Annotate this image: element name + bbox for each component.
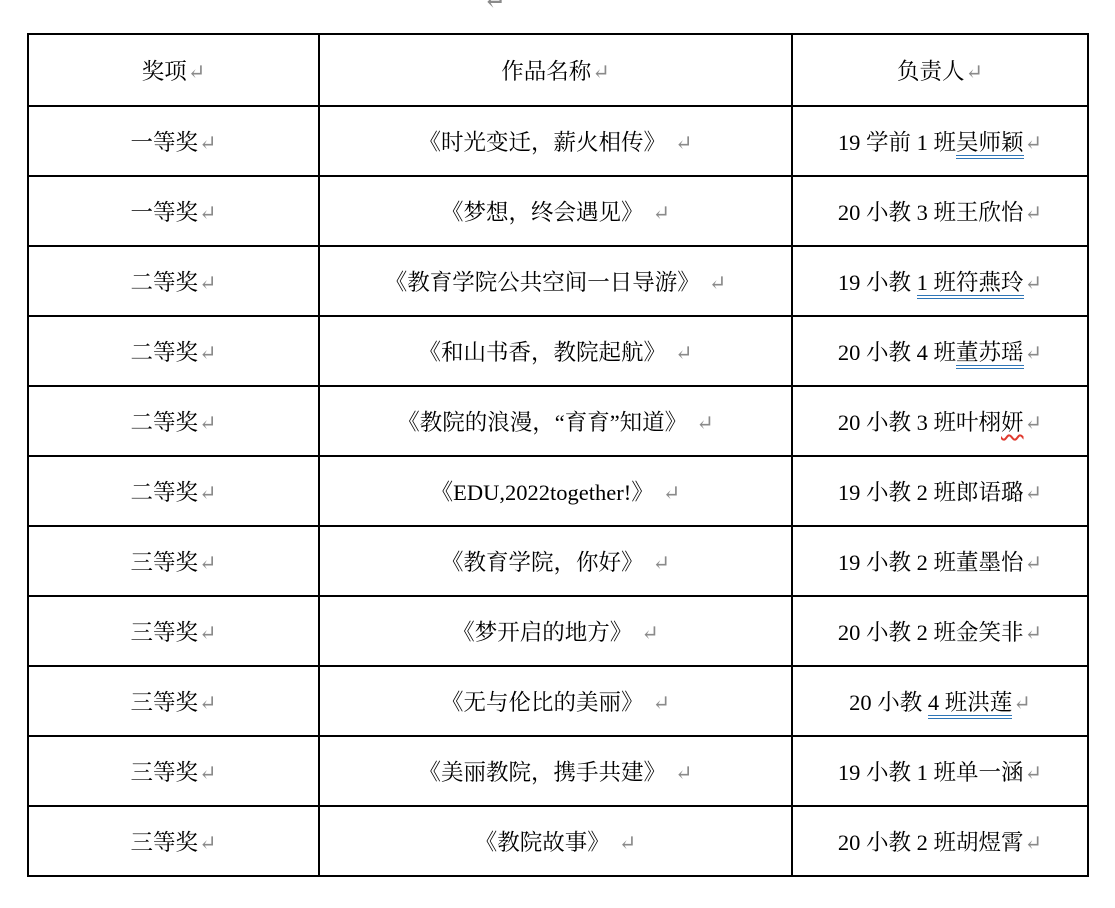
- return-mark-icon: ↵: [1025, 481, 1043, 505]
- return-mark-icon: ↵: [1025, 271, 1043, 295]
- return-mark-icon: ↵: [709, 271, 727, 295]
- table-row: 二等奖↵ 《教育学院公共空间一日导游》↵ 19 小教 1 班符燕玲↵: [28, 246, 1088, 316]
- return-mark-icon: ↵: [652, 201, 670, 225]
- award-cell[interactable]: 三等奖↵: [28, 736, 319, 806]
- title-text: 《教育学院公共空间一日导游》: [385, 270, 700, 295]
- title-cell[interactable]: 《教院的浪漫，“育育”知道》↵: [319, 386, 792, 456]
- header-label-award: 奖项: [142, 59, 187, 84]
- award-text: 三等奖: [130, 620, 198, 645]
- return-mark-icon: ↵: [199, 761, 217, 785]
- return-mark-icon: ↵: [199, 481, 217, 505]
- return-mark-icon: ↵: [188, 60, 206, 84]
- return-mark-icon: ↵: [1025, 551, 1043, 575]
- return-mark-icon: ↵: [199, 411, 217, 435]
- leader-text: 20 小教 4 班洪莲: [849, 690, 1012, 719]
- blue-double-underlined-text: 吴师颖: [956, 130, 1024, 159]
- leader-text: 20 小教 2 班金笑非: [838, 620, 1024, 645]
- award-cell[interactable]: 二等奖↵: [28, 246, 319, 316]
- return-mark-icon: ↵: [652, 551, 670, 575]
- award-cell[interactable]: 三等奖↵: [28, 526, 319, 596]
- leader-text-segment: 19 小教 2 班郎语璐: [838, 480, 1024, 505]
- title-cell[interactable]: 《无与伦比的美丽》↵: [319, 666, 792, 736]
- table-row: 一等奖↵ 《时光变迁，薪火相传》↵ 19 学前 1 班吴师颖↵: [28, 106, 1088, 176]
- leader-text-segment: 20 小教 3 班叶栩: [838, 410, 1001, 435]
- award-text: 三等奖: [130, 550, 198, 575]
- title-text: 《教院的浪漫，“育育”知道》: [397, 410, 687, 435]
- title-cell[interactable]: 《教育学院，你好》↵: [319, 526, 792, 596]
- blue-double-underlined-text: 董苏瑶: [956, 340, 1024, 369]
- return-mark-icon: ↵: [199, 831, 217, 855]
- award-text: 二等奖: [130, 270, 198, 295]
- award-cell[interactable]: 三等奖↵: [28, 666, 319, 736]
- header-cell-title[interactable]: 作品名称↵: [319, 34, 792, 106]
- leader-cell[interactable]: 20 小教 4 班洪莲↵: [792, 666, 1088, 736]
- return-mark-icon: ↵: [1025, 411, 1043, 435]
- title-cell[interactable]: 《教院故事》↵: [319, 806, 792, 876]
- leader-text-segment: 20 小教 4 班: [838, 340, 956, 365]
- title-text: 《EDU,2022together!》: [431, 480, 654, 505]
- leader-text-segment: 19 小教: [838, 270, 917, 295]
- award-text: 二等奖: [130, 480, 198, 505]
- return-mark-icon: ↵: [1013, 691, 1031, 715]
- return-mark-icon: ↵: [675, 341, 693, 365]
- return-mark-icon: ↵: [675, 761, 693, 785]
- title-text: 《梦想，终会遇见》: [441, 200, 644, 225]
- title-cell[interactable]: 《时光变迁，薪火相传》↵: [319, 106, 792, 176]
- table-row: 三等奖↵ 《无与伦比的美丽》↵ 20 小教 4 班洪莲↵: [28, 666, 1088, 736]
- return-mark-icon: ↵: [199, 201, 217, 225]
- return-mark-icon: ↵: [1025, 831, 1043, 855]
- header-row: 奖项↵ 作品名称↵ 负责人↵: [28, 34, 1088, 106]
- leader-text: 19 小教 1 班单一涵: [838, 760, 1024, 785]
- header-cell-award[interactable]: 奖项↵: [28, 34, 319, 106]
- blue-double-underlined-text: 4 班洪莲: [928, 690, 1012, 719]
- header-label-title: 作品名称: [501, 59, 591, 84]
- award-text: 二等奖: [130, 410, 198, 435]
- blue-double-underlined-text: 1 班符燕玲: [917, 270, 1024, 299]
- leader-cell[interactable]: 20 小教 3 班叶栩妍↵: [792, 386, 1088, 456]
- return-mark-icon: ↵: [199, 691, 217, 715]
- table-row: 二等奖↵ 《教院的浪漫，“育育”知道》↵ 20 小教 3 班叶栩妍↵: [28, 386, 1088, 456]
- leader-text-segment: 20 小教: [849, 690, 928, 715]
- return-mark-icon: ↵: [965, 60, 983, 84]
- title-cell[interactable]: 《梦想，终会遇见》↵: [319, 176, 792, 246]
- table-row: 一等奖↵ 《梦想，终会遇见》↵ 20 小教 3 班王欣怡↵: [28, 176, 1088, 246]
- header-cell-leader[interactable]: 负责人↵: [792, 34, 1088, 106]
- award-text: 一等奖: [130, 200, 198, 225]
- title-text: 《教育学院，你好》: [441, 550, 644, 575]
- award-text: 三等奖: [130, 690, 198, 715]
- return-mark-icon: ↵: [663, 481, 681, 505]
- table-row: 三等奖↵ 《教育学院，你好》↵ 19 小教 2 班董墨怡↵: [28, 526, 1088, 596]
- leader-text: 19 小教 2 班董墨怡: [838, 550, 1024, 575]
- title-text: 《梦开启的地方》: [452, 620, 632, 645]
- return-mark-icon: ↵: [1025, 621, 1043, 645]
- leader-text-segment: 20 小教 2 班金笑非: [838, 620, 1024, 645]
- leader-text-segment: 19 小教 2 班董墨怡: [838, 550, 1024, 575]
- return-mark-icon: ↵: [199, 621, 217, 645]
- leader-cell[interactable]: 20 小教 3 班王欣怡↵: [792, 176, 1088, 246]
- header-label-leader: 负责人: [897, 59, 965, 84]
- table-row: 三等奖↵ 《美丽教院，携手共建》↵ 19 小教 1 班单一涵↵: [28, 736, 1088, 806]
- leader-text-segment: 20 小教 3 班王欣怡: [838, 200, 1024, 225]
- table-row: 二等奖↵ 《EDU,2022together!》↵ 19 小教 2 班郎语璐↵: [28, 456, 1088, 526]
- award-cell[interactable]: 三等奖↵: [28, 806, 319, 876]
- leader-cell[interactable]: 19 学前 1 班吴师颖↵: [792, 106, 1088, 176]
- return-mark-icon: ↵: [199, 341, 217, 365]
- title-cell[interactable]: 《和山书香，教院起航》↵: [319, 316, 792, 386]
- leader-text-segment: 19 小教 1 班单一涵: [838, 760, 1024, 785]
- return-mark-icon: ↵: [199, 271, 217, 295]
- return-mark-icon: ↵: [652, 691, 670, 715]
- leader-text-segment: 20 小教 2 班胡煜霄: [838, 830, 1024, 855]
- leader-cell[interactable]: 19 小教 2 班郎语璐↵: [792, 456, 1088, 526]
- award-text: 三等奖: [130, 760, 198, 785]
- award-cell[interactable]: 二等奖↵: [28, 386, 319, 456]
- award-text: 三等奖: [130, 830, 198, 855]
- award-cell[interactable]: 三等奖↵: [28, 596, 319, 666]
- return-mark-icon: ↵: [199, 551, 217, 575]
- return-mark-icon: ↵: [199, 131, 217, 155]
- leader-text: 19 学前 1 班吴师颖: [838, 130, 1024, 159]
- leader-text: 20 小教 3 班叶栩妍: [838, 410, 1024, 435]
- return-mark-icon: ↵: [1025, 341, 1043, 365]
- award-text: 一等奖: [130, 130, 198, 155]
- award-cell[interactable]: 二等奖↵: [28, 316, 319, 386]
- leader-text: 19 小教 1 班符燕玲: [838, 270, 1024, 299]
- title-text: 《和山书香，教院起航》: [418, 340, 666, 365]
- leader-cell[interactable]: 19 小教 1 班单一涵↵: [792, 736, 1088, 806]
- leader-text: 19 小教 2 班郎语璐: [838, 480, 1024, 505]
- paragraph-return-mark: ↵: [483, 0, 506, 15]
- leader-text-segment: 19 学前 1 班: [838, 130, 956, 155]
- return-mark-icon: ↵: [696, 411, 714, 435]
- table-row: 二等奖↵ 《和山书香，教院起航》↵ 20 小教 4 班董苏瑶↵: [28, 316, 1088, 386]
- title-text: 《时光变迁，薪火相传》: [418, 130, 666, 155]
- leader-cell[interactable]: 19 小教 2 班董墨怡↵: [792, 526, 1088, 596]
- title-text: 《教院故事》: [475, 830, 610, 855]
- return-mark-icon: ↵: [641, 621, 659, 645]
- title-cell[interactable]: 《美丽教院，携手共建》↵: [319, 736, 792, 806]
- leader-text: 20 小教 4 班董苏瑶: [838, 340, 1024, 369]
- award-cell[interactable]: 一等奖↵: [28, 176, 319, 246]
- return-mark-icon: ↵: [1025, 131, 1043, 155]
- return-mark-icon: ↵: [592, 60, 610, 84]
- leader-cell[interactable]: 20 小教 4 班董苏瑶↵: [792, 316, 1088, 386]
- return-mark-icon: ↵: [1025, 201, 1043, 225]
- awards-table: 奖项↵ 作品名称↵ 负责人↵ 一等奖↵ 《时光变迁，薪火相传》↵ 19 学前 1…: [27, 33, 1089, 877]
- title-cell[interactable]: 《梦开启的地方》↵: [319, 596, 792, 666]
- award-cell[interactable]: 一等奖↵: [28, 106, 319, 176]
- leader-cell[interactable]: 20 小教 2 班胡煜霄↵: [792, 806, 1088, 876]
- return-mark-icon: ↵: [675, 131, 693, 155]
- return-mark-icon: ↵: [619, 831, 637, 855]
- title-text: 《美丽教院，携手共建》: [418, 760, 666, 785]
- title-cell[interactable]: 《教育学院公共空间一日导游》↵: [319, 246, 792, 316]
- return-mark-icon: ↵: [1025, 761, 1043, 785]
- leader-cell[interactable]: 20 小教 2 班金笑非↵: [792, 596, 1088, 666]
- red-wavy-underlined-text: 妍: [1001, 410, 1024, 435]
- title-text: 《无与伦比的美丽》: [441, 690, 644, 715]
- leader-text: 20 小教 2 班胡煜霄: [838, 830, 1024, 855]
- title-cell[interactable]: 《EDU,2022together!》↵: [319, 456, 792, 526]
- award-cell[interactable]: 二等奖↵: [28, 456, 319, 526]
- leader-cell[interactable]: 19 小教 1 班符燕玲↵: [792, 246, 1088, 316]
- table-row: 三等奖↵ 《梦开启的地方》↵ 20 小教 2 班金笑非↵: [28, 596, 1088, 666]
- leader-text: 20 小教 3 班王欣怡: [838, 200, 1024, 225]
- award-text: 二等奖: [130, 340, 198, 365]
- table-row: 三等奖↵ 《教院故事》↵ 20 小教 2 班胡煜霄↵: [28, 806, 1088, 876]
